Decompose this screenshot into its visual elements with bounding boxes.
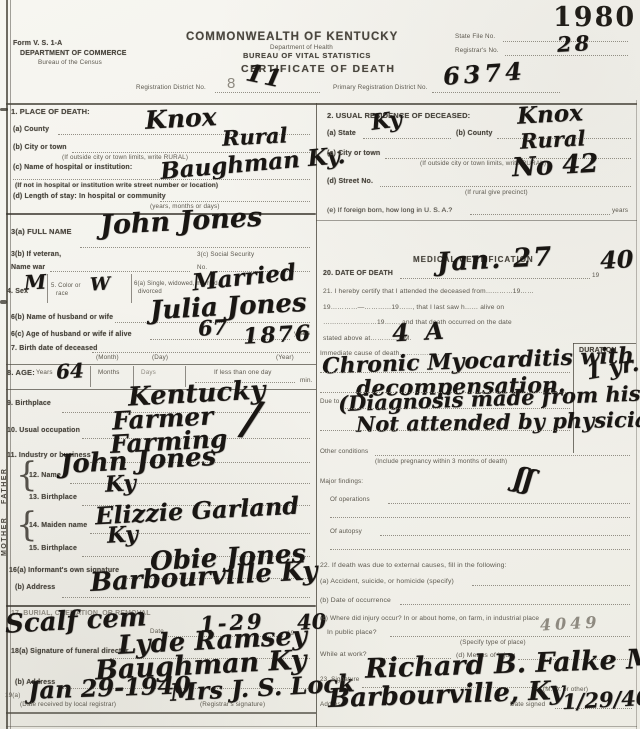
autopsy-line2 (330, 549, 630, 550)
occupation-label: 10. Usual occupation (7, 427, 80, 435)
place-county-value: Knox (144, 104, 217, 133)
mother-name-label: 14. Maiden name (29, 522, 87, 530)
death-certificate-scan: 1980 Form V. S. 1-A DEPARTMENT OF COMMER… (0, 0, 640, 729)
primary-district-label: Primary Registration District No. (333, 84, 428, 91)
scan-smudge (0, 108, 8, 111)
where-injury-label: (c) Where did injury occur? In or about … (320, 615, 539, 622)
external-causes-label: 22. If death was due to external causes,… (320, 562, 507, 570)
residence-county-label: (b) County (456, 130, 493, 138)
residence-bottom-rule (316, 220, 637, 221)
informant-addr-label: (b) Address (15, 584, 55, 592)
due-label: Due to (320, 398, 339, 405)
color-divider (131, 274, 132, 303)
primary-district-line (432, 92, 560, 93)
date-signed-value: 1/29/40 (562, 687, 640, 713)
registrar-signature-note: (Registrar's signature) (200, 701, 265, 708)
color-value: W (90, 275, 111, 294)
registrar-row-label: 19(a) (5, 692, 20, 699)
date-received-value: Jan 29-1940 (28, 673, 192, 703)
spouse-value: Julia Jones (149, 290, 307, 324)
dod-value: Jan. 27 (436, 244, 554, 276)
autopsy-line1 (380, 535, 630, 536)
registrar-no-value: 28 (556, 32, 592, 55)
reg-district-value: 11 (244, 60, 286, 91)
place-hospital-value: Baughman Ky. (159, 144, 346, 183)
place-stay-line (160, 201, 310, 202)
other-conditions-label: Other conditions (320, 448, 368, 455)
dod-line (400, 278, 590, 279)
day-label: (Day) (152, 354, 168, 361)
while-at-work-label: While at work? (320, 651, 367, 659)
commonwealth-title: COMMONWEALTH OF KENTUCKY (186, 31, 398, 44)
dod-yr-value: 40 (599, 247, 634, 273)
place-city-label: (b) City or town (13, 144, 67, 152)
year-label: (Year) (276, 354, 294, 361)
other-conditions-note: (Include pregnancy within 3 months of de… (375, 458, 507, 465)
due-rule2 (320, 430, 570, 431)
injury-code-value: 4049 (540, 614, 601, 633)
residence-state-label: (a) State (327, 130, 356, 138)
place-city-value: Rural (221, 124, 287, 148)
major-findings-label: Major findings: (320, 478, 363, 485)
public-place-line (390, 636, 630, 637)
fullname-line (80, 247, 310, 248)
primary-district-value: 6374 (442, 59, 526, 89)
cause-rule1 (320, 372, 570, 373)
residence-state-value: Ky (370, 108, 403, 134)
place-title: 1. PLACE OF DEATH: (11, 108, 90, 117)
operations-line1 (388, 503, 630, 504)
place-hospital-label: (c) Name of hospital or institution: (13, 164, 132, 172)
fullname-value: John Jones (99, 204, 262, 239)
birthdate-line (92, 352, 310, 353)
scan-smudge (0, 300, 7, 304)
residence-street-label: (d) Street No. (327, 178, 373, 186)
residence-state-line (363, 138, 451, 139)
place-county-label: (a) County (13, 126, 49, 134)
father-bp-value: Ky (104, 472, 136, 496)
occurrence-line (400, 604, 630, 605)
residence-foreign-label: (e) If foreign born, how long in U. S. A… (327, 207, 452, 215)
age-days-label: Days (141, 369, 156, 376)
date-received-note: (Date received by local registrar) (20, 701, 116, 708)
place-stay-label: (d) Length of stay: In hospital or commu… (13, 193, 166, 201)
age-months-label: Months (98, 369, 120, 376)
autopsy-label: Of autopsy (330, 528, 362, 535)
operations-pen-mark: ʃʃ (512, 463, 537, 495)
residence-street-note: (If rural give precinct) (465, 189, 528, 196)
certify-line2: 19…………—…………19……, that I last saw h…… ali… (323, 304, 504, 312)
certify-line1: 21. I hereby certify that I attended the… (323, 288, 534, 296)
father-bp-label: 13. Birthplace (29, 494, 77, 502)
age-min-label: min. (300, 377, 313, 384)
year-stamp: 1980 (553, 2, 636, 33)
operations-line2 (330, 517, 630, 518)
occurrence-label: (b) Date of occurrence (320, 597, 391, 605)
age-years-label: Years (36, 369, 53, 376)
mother-bp-label: 15. Birthplace (29, 545, 77, 553)
place-hospital-line (13, 179, 310, 180)
father-name-label: 12. Name (29, 472, 61, 480)
veteran-label: 3(b) If veteran, (11, 251, 61, 259)
veteran-line (50, 271, 190, 272)
spouse-age-label: 6(c) Age of husband or wife if alive (11, 331, 132, 339)
place-hospital-note: (If not in hospital or institution write… (15, 182, 218, 189)
residence-county-value: Knox (516, 101, 583, 127)
bureau-line: Bureau of the Census (38, 59, 102, 66)
other-conditions-line (375, 455, 630, 456)
color-label2: race (56, 291, 68, 298)
death-hour-value: 4 A (391, 319, 448, 346)
informant-addr-value: Barbourville Ky (89, 558, 318, 596)
department-line: DEPARTMENT OF COMMERCE (20, 50, 127, 58)
accident-label: (a) Accident, suicide, or homicide (spec… (320, 578, 454, 586)
accident-line (472, 585, 630, 586)
age-value: 64 (55, 360, 84, 381)
date-signed-label: Date signed (510, 701, 545, 708)
age-div1 (90, 366, 91, 387)
father-name-value: John Jones (59, 444, 216, 478)
spouse-label: 6(b) Name of husband or wife (11, 314, 113, 322)
dod-label: 20. DATE OF DEATH (323, 270, 393, 278)
age-label: 8. AGE: (7, 369, 35, 378)
birthplace-label: 9. Birthplace (7, 400, 51, 408)
reg-district-label: Registration District No. (136, 84, 206, 91)
spouse-age-value: 67 (197, 316, 227, 339)
physician-sig-label: 23. Signature (320, 676, 359, 683)
birth-year-value: 1876 (242, 322, 312, 348)
public-place-note: (Specify type of place) (460, 639, 526, 646)
month-label: (Month) (96, 354, 119, 361)
father-side-label: FATHER (1, 462, 8, 504)
mother-bp-value: Ky (106, 523, 138, 547)
sex-divider (47, 274, 48, 303)
dod-yr-label: 19 (592, 272, 599, 279)
ssn-label: 3(c) Social Security (197, 251, 254, 258)
due-rule1 (345, 408, 570, 409)
pen-slash: ∕ (241, 394, 263, 442)
residence-city-value: Rural (519, 127, 585, 151)
residence-city-label: (c) City or town (327, 150, 380, 158)
residence-foreign-line (470, 214, 610, 215)
bottom-rule (6, 726, 637, 727)
public-place-label: In public place? (327, 629, 377, 637)
residence-street-line (380, 186, 631, 187)
residence-years-label: years (612, 207, 628, 214)
residence-street-value: No 42 (511, 151, 599, 181)
birthdate-label: 7. Birth date of deceased (11, 345, 98, 353)
sex-value: M (23, 271, 46, 292)
mother-side-label: MOTHER (1, 512, 8, 556)
reg-district-stamp: 8 (227, 75, 236, 92)
form-number: Form V. S. 1-A (13, 40, 62, 48)
color-label: 5. Color or (51, 283, 81, 290)
registrar-no-label: Registrar's No. (455, 47, 499, 54)
age-top-rule (6, 364, 316, 365)
operations-label: Of operations (330, 496, 370, 503)
fullname-label: 3(a) FULL NAME (11, 228, 72, 237)
state-file-label: State File No. (455, 33, 495, 40)
registrar-bottom-rule (6, 712, 316, 714)
